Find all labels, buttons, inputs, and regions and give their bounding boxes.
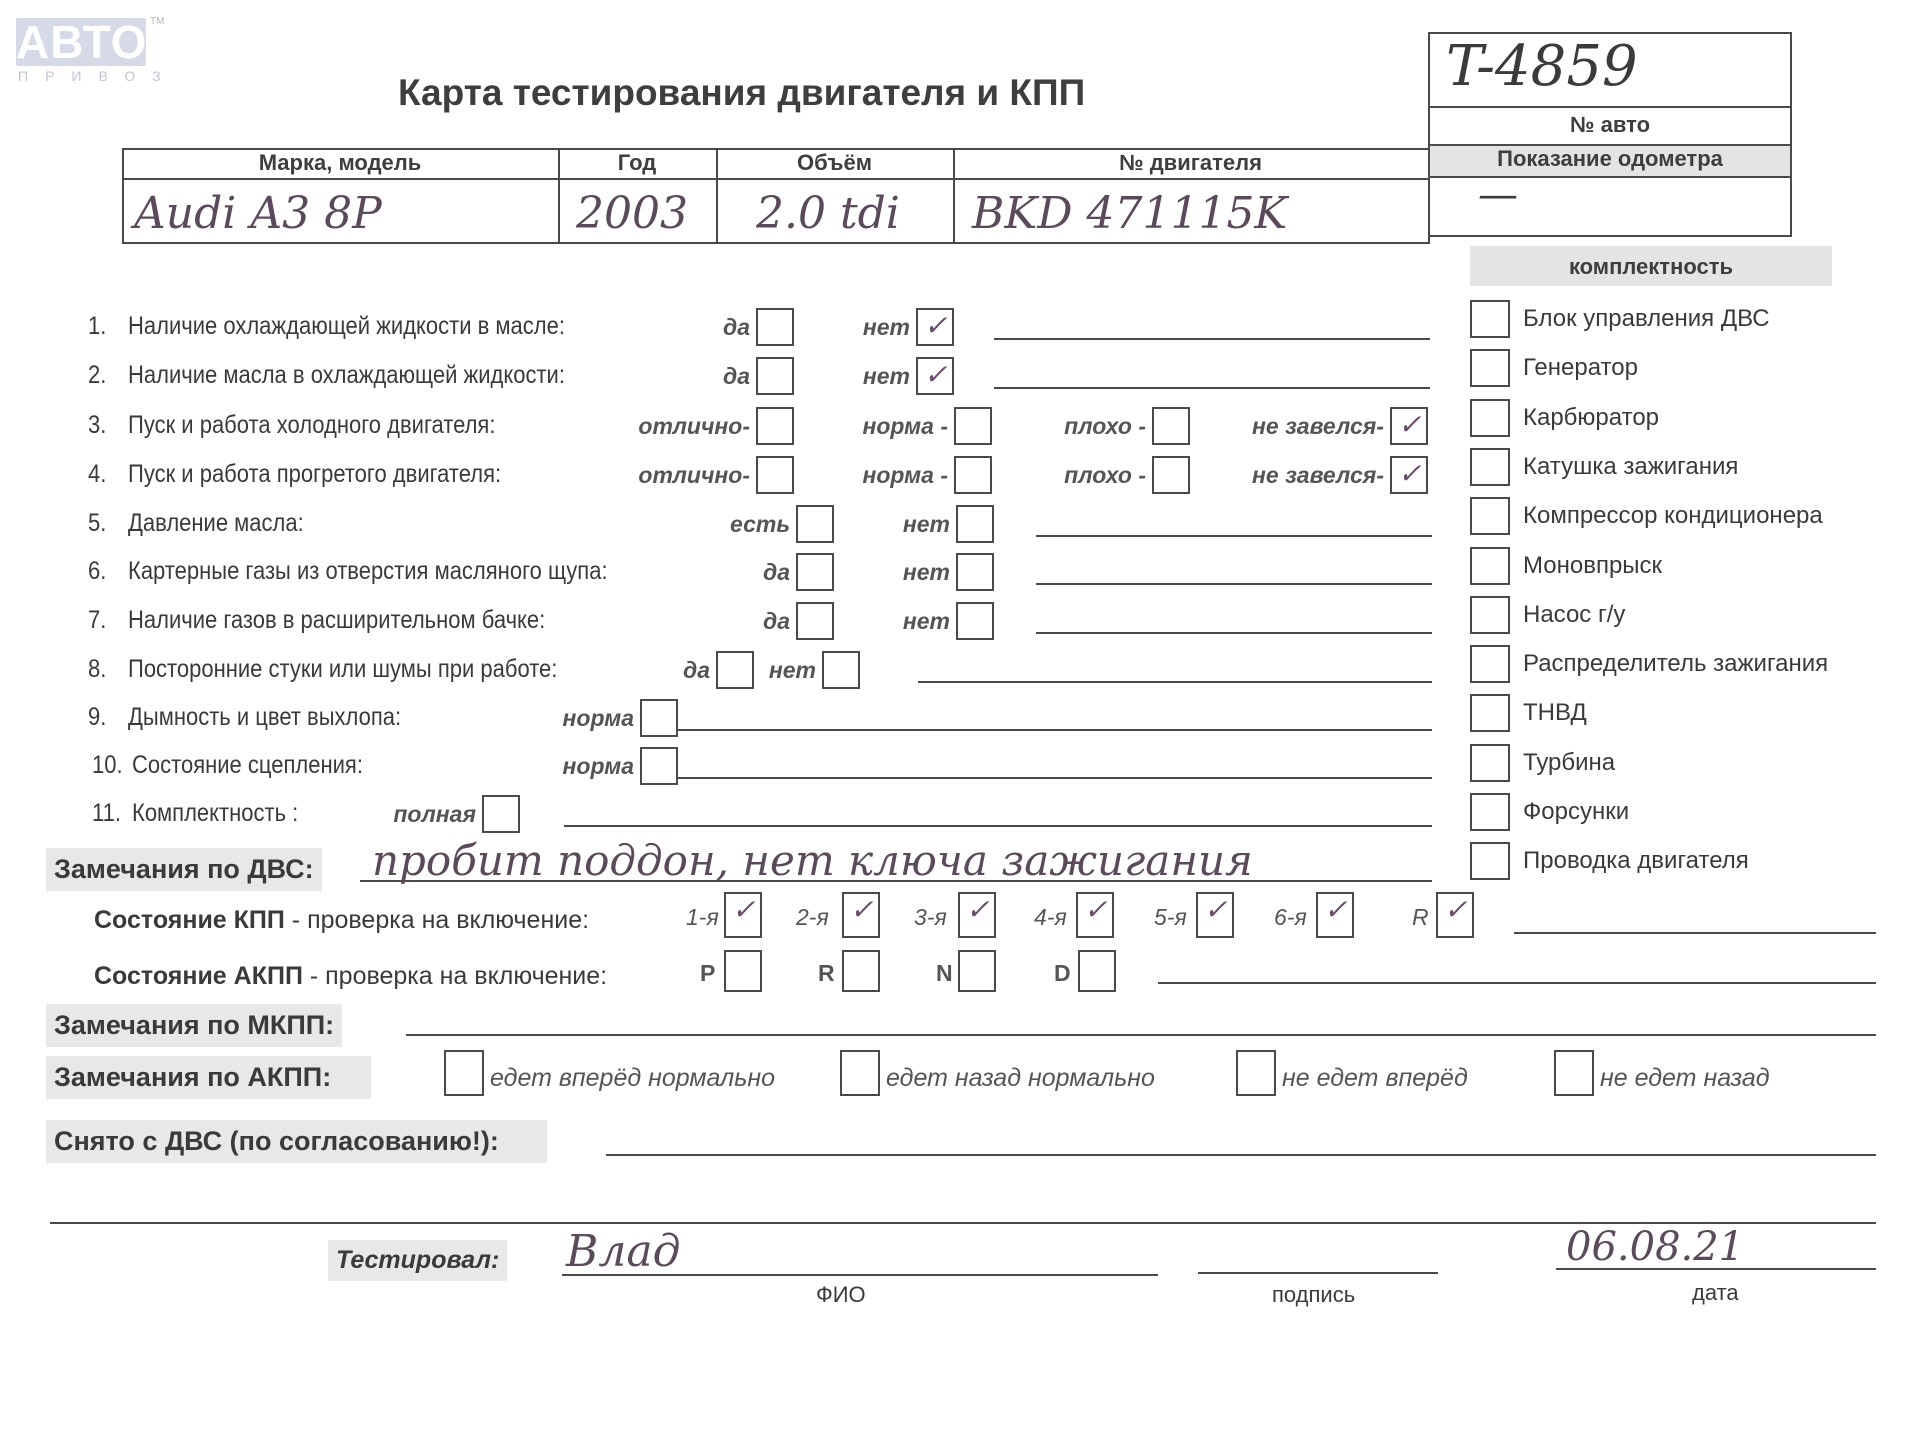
akpp-remarks-label: Замечания по АКПП: xyxy=(46,1056,371,1099)
divider xyxy=(1428,106,1792,108)
kit-item-label: Компрессор кондиционера xyxy=(1523,502,1823,530)
option-label: норма xyxy=(563,753,635,780)
option-label: да xyxy=(723,363,750,390)
checkbox[interactable] xyxy=(1152,456,1190,494)
divider xyxy=(122,178,1430,180)
checkbox[interactable]: ✓ xyxy=(1390,456,1428,494)
year-value[interactable]: 2003 xyxy=(576,188,688,239)
odometer-value[interactable]: — xyxy=(1478,172,1518,218)
option-label: плохо - xyxy=(1064,462,1146,489)
auto-gearbox-line xyxy=(1158,982,1876,984)
signature-caption: подпись xyxy=(1272,1282,1355,1308)
kit-item-label: Насос г/у xyxy=(1523,601,1625,629)
check-number: 4. xyxy=(88,460,106,489)
gear-label: 1-я xyxy=(686,904,719,931)
checkbox[interactable]: ✓ xyxy=(916,357,954,395)
kit-checkbox[interactable] xyxy=(1470,399,1510,437)
kit-checkbox[interactable] xyxy=(1470,744,1510,782)
kit-item-label: Распределитель зажигания xyxy=(1523,650,1828,678)
gear-label: 6-я xyxy=(1274,904,1307,931)
checkbox[interactable] xyxy=(796,553,834,591)
option-label: нет xyxy=(769,657,816,684)
checkbox[interactable] xyxy=(796,602,834,640)
kit-item-label: Моновпрыск xyxy=(1523,552,1662,580)
checkbox[interactable] xyxy=(640,699,678,737)
checkbox[interactable] xyxy=(956,553,994,591)
akpp-remark-label: едет назад нормально xyxy=(886,1064,1155,1093)
page-title: Карта тестирования двигателя и КПП xyxy=(398,72,1085,114)
position-label: R xyxy=(818,960,835,987)
akpp-remark-label: не едет вперёд xyxy=(1282,1064,1468,1093)
kit-checkbox[interactable] xyxy=(1470,300,1510,338)
kit-title: комплектность xyxy=(1470,254,1832,280)
check-number: 7. xyxy=(88,606,106,635)
kit-item-label: Карбюратор xyxy=(1523,404,1659,432)
checkbox[interactable] xyxy=(756,456,794,494)
kit-item-label: ТНВД xyxy=(1523,699,1587,727)
position-label: D xyxy=(1054,960,1071,987)
kit-checkbox[interactable] xyxy=(1470,645,1510,683)
kit-item-label: Катушка зажигания xyxy=(1523,453,1738,481)
comment-line[interactable] xyxy=(1036,583,1432,585)
kit-checkbox[interactable] xyxy=(1470,842,1510,880)
date-caption: дата xyxy=(1692,1280,1739,1306)
akpp-remark-checkbox[interactable] xyxy=(1236,1050,1276,1096)
gear-checkbox[interactable]: ✓ xyxy=(1436,892,1474,938)
option-label: нет xyxy=(903,559,950,586)
kit-checkbox[interactable] xyxy=(1470,448,1510,486)
check-label: Наличие охлаждающей жидкости в масле: xyxy=(128,312,565,341)
position-checkbox[interactable] xyxy=(842,950,880,992)
checkbox[interactable] xyxy=(756,308,794,346)
gear-checkbox[interactable]: ✓ xyxy=(842,892,880,938)
header-make-model: Марка, модель xyxy=(122,150,558,176)
option-label: норма xyxy=(563,705,635,732)
auto-gearbox-label-bold: Состояние АКПП xyxy=(94,962,303,990)
comment-line[interactable] xyxy=(994,338,1430,340)
check-label: Наличие газов в расширительном бачке: xyxy=(128,606,545,635)
tested-by-label: Тестировал: xyxy=(328,1240,507,1281)
auto-gearbox-label-rest: - проверка на включение: xyxy=(303,962,607,990)
date-value[interactable]: 06.08.21 xyxy=(1566,1224,1744,1270)
manual-gearbox-label: Состояние КПП - проверка на включение: xyxy=(94,906,589,935)
option-label: да xyxy=(683,657,710,684)
comment-line[interactable] xyxy=(1036,632,1432,634)
manual-gearbox-line xyxy=(1514,932,1876,934)
removed-label: Снято с ДВС (по согласованию!): xyxy=(46,1120,547,1163)
tester-name-line xyxy=(562,1274,1158,1276)
auto-gearbox-label: Состояние АКПП - проверка на включение: xyxy=(94,962,607,991)
option-label: нет xyxy=(863,314,910,341)
checkbox[interactable] xyxy=(1152,407,1190,445)
checkbox[interactable] xyxy=(822,651,860,689)
checkbox[interactable] xyxy=(482,795,520,833)
option-label: не завелся- xyxy=(1252,462,1384,489)
position-checkbox[interactable] xyxy=(958,950,996,992)
checkbox[interactable] xyxy=(954,407,992,445)
odometer-label: Показание одометра xyxy=(1428,146,1792,172)
option-label: нет xyxy=(903,511,950,538)
kit-checkbox[interactable] xyxy=(1470,596,1510,634)
gear-label: 2-я xyxy=(796,904,829,931)
checkbox[interactable] xyxy=(954,456,992,494)
check-number: 2. xyxy=(88,361,106,390)
check-label: Посторонние стуки или шумы при работе: xyxy=(128,655,557,684)
check-label: Пуск и работа холодного двигателя: xyxy=(128,411,495,440)
gear-checkbox[interactable]: ✓ xyxy=(1076,892,1114,938)
check-label: Комплектность : xyxy=(132,799,298,828)
comment-line[interactable] xyxy=(678,777,1432,779)
kit-checkbox[interactable] xyxy=(1470,497,1510,535)
check-label: Давление масла: xyxy=(128,509,304,538)
check-mark-icon: ✓ xyxy=(844,894,878,926)
check-mark-icon: ✓ xyxy=(960,894,994,926)
gear-checkbox[interactable]: ✓ xyxy=(958,892,996,938)
manual-gearbox-label-rest: - проверка на включение: xyxy=(285,906,589,934)
check-number: 5. xyxy=(88,509,106,538)
option-label: да xyxy=(723,314,750,341)
check-number: 8. xyxy=(88,655,106,684)
tester-name-value[interactable]: Влад xyxy=(566,1226,680,1277)
akpp-remark-label: не едет назад xyxy=(1600,1064,1770,1093)
check-number: 6. xyxy=(88,557,106,586)
mkpp-remarks-label: Замечания по МКПП: xyxy=(46,1004,342,1047)
engine-number-value[interactable]: BKD 471115K xyxy=(972,188,1287,239)
check-mark-icon: ✓ xyxy=(726,894,760,926)
gear-label: 3-я xyxy=(914,904,947,931)
kit-item-label: Блок управления ДВС xyxy=(1523,305,1770,333)
option-label: норма - xyxy=(862,462,948,489)
check-number: 1. xyxy=(88,312,106,341)
header-volume: Объём xyxy=(716,150,953,176)
check-mark-icon: ✓ xyxy=(918,310,952,342)
check-mark-icon: ✓ xyxy=(1392,409,1426,441)
option-label: отлично- xyxy=(638,413,750,440)
make-model-value[interactable]: Audi A3 8P xyxy=(134,188,382,239)
kit-checkbox[interactable] xyxy=(1470,547,1510,585)
tester-name-caption: ФИО xyxy=(816,1282,866,1308)
check-number: 9. xyxy=(88,703,106,732)
logo-subtitle: ПРИВОЗ xyxy=(18,68,178,84)
option-label: нет xyxy=(863,363,910,390)
position-label: N xyxy=(936,960,953,987)
check-number: 3. xyxy=(88,411,106,440)
volume-value[interactable]: 2.0 tdi xyxy=(756,188,900,239)
car-number-label: № авто xyxy=(1428,112,1792,138)
akpp-remark-checkbox[interactable] xyxy=(444,1050,484,1096)
option-label: да xyxy=(763,608,790,635)
checkbox[interactable] xyxy=(796,505,834,543)
check-label: Дымность и цвет выхлопа: xyxy=(128,703,401,732)
kit-item-label: Проводка двигателя xyxy=(1523,847,1749,875)
kit-item-label: Форсунки xyxy=(1523,798,1629,826)
position-checkbox[interactable] xyxy=(1078,950,1116,992)
check-mark-icon: ✓ xyxy=(1078,894,1112,926)
check-label: Наличие масла в охлаждающей жидкости: xyxy=(128,361,565,390)
position-label: P xyxy=(700,960,715,987)
option-label: норма - xyxy=(862,413,948,440)
checkbox[interactable]: ✓ xyxy=(916,308,954,346)
akpp-remark-checkbox[interactable] xyxy=(840,1050,880,1096)
header-year: Год xyxy=(558,150,716,176)
car-number-value[interactable]: T-4859 xyxy=(1446,34,1638,99)
option-label: нет xyxy=(903,608,950,635)
comment-line[interactable] xyxy=(564,825,1432,827)
check-label: Состояние сцепления: xyxy=(132,751,363,780)
mkpp-remarks-input[interactable] xyxy=(406,1034,1876,1036)
option-label: отлично- xyxy=(638,462,750,489)
option-label: не завелся- xyxy=(1252,413,1384,440)
gear-checkbox[interactable]: ✓ xyxy=(724,892,762,938)
checkbox[interactable] xyxy=(756,407,794,445)
header-engine-number: № двигателя xyxy=(953,150,1428,176)
logo: АВТО xyxy=(16,18,146,66)
comment-line[interactable] xyxy=(1036,535,1432,537)
check-mark-icon: ✓ xyxy=(918,359,952,391)
manual-gearbox-label-bold: Состояние КПП xyxy=(94,906,285,934)
gear-checkbox[interactable]: ✓ xyxy=(1316,892,1354,938)
check-mark-icon: ✓ xyxy=(1198,894,1232,926)
checkbox[interactable] xyxy=(956,505,994,543)
engine-remarks-label: Замечания по ДВС: xyxy=(46,848,322,891)
check-number: 10. xyxy=(92,751,123,780)
removed-input[interactable] xyxy=(606,1154,1876,1156)
checkbox[interactable] xyxy=(716,651,754,689)
gear-label: R xyxy=(1412,904,1429,931)
engine-remarks-input[interactable]: пробит поддон, нет ключа зажигания xyxy=(372,836,1253,885)
option-label: есть xyxy=(730,511,790,538)
comment-line[interactable] xyxy=(994,387,1430,389)
gear-checkbox[interactable]: ✓ xyxy=(1196,892,1234,938)
akpp-remark-checkbox[interactable] xyxy=(1554,1050,1594,1096)
checkbox[interactable]: ✓ xyxy=(1390,407,1428,445)
kit-item-label: Генератор xyxy=(1523,354,1638,382)
kit-checkbox[interactable] xyxy=(1470,694,1510,732)
check-mark-icon: ✓ xyxy=(1318,894,1352,926)
comment-line[interactable] xyxy=(678,729,1432,731)
option-label: плохо - xyxy=(1064,413,1146,440)
akpp-remark-label: едет вперёд нормально xyxy=(490,1064,775,1093)
position-checkbox[interactable] xyxy=(724,950,762,992)
check-mark-icon: ✓ xyxy=(1392,458,1426,490)
checkbox[interactable] xyxy=(640,747,678,785)
logo-tm: TM xyxy=(150,16,164,27)
date-line xyxy=(1556,1268,1876,1270)
checkbox[interactable] xyxy=(756,357,794,395)
gear-label: 5-я xyxy=(1154,904,1187,931)
option-label: полная xyxy=(393,801,476,828)
signature-line[interactable] xyxy=(1198,1272,1438,1274)
check-number: 11. xyxy=(92,799,121,828)
check-mark-icon: ✓ xyxy=(1438,894,1472,926)
comment-line[interactable] xyxy=(918,681,1432,683)
check-label: Пуск и работа прогретого двигателя: xyxy=(128,460,501,489)
check-label: Картерные газы из отверстия масляного щу… xyxy=(128,557,608,586)
gear-label: 4-я xyxy=(1034,904,1067,931)
kit-checkbox[interactable] xyxy=(1470,349,1510,387)
kit-item-label: Турбина xyxy=(1523,749,1615,777)
kit-checkbox[interactable] xyxy=(1470,793,1510,831)
checkbox[interactable] xyxy=(956,602,994,640)
option-label: да xyxy=(763,559,790,586)
